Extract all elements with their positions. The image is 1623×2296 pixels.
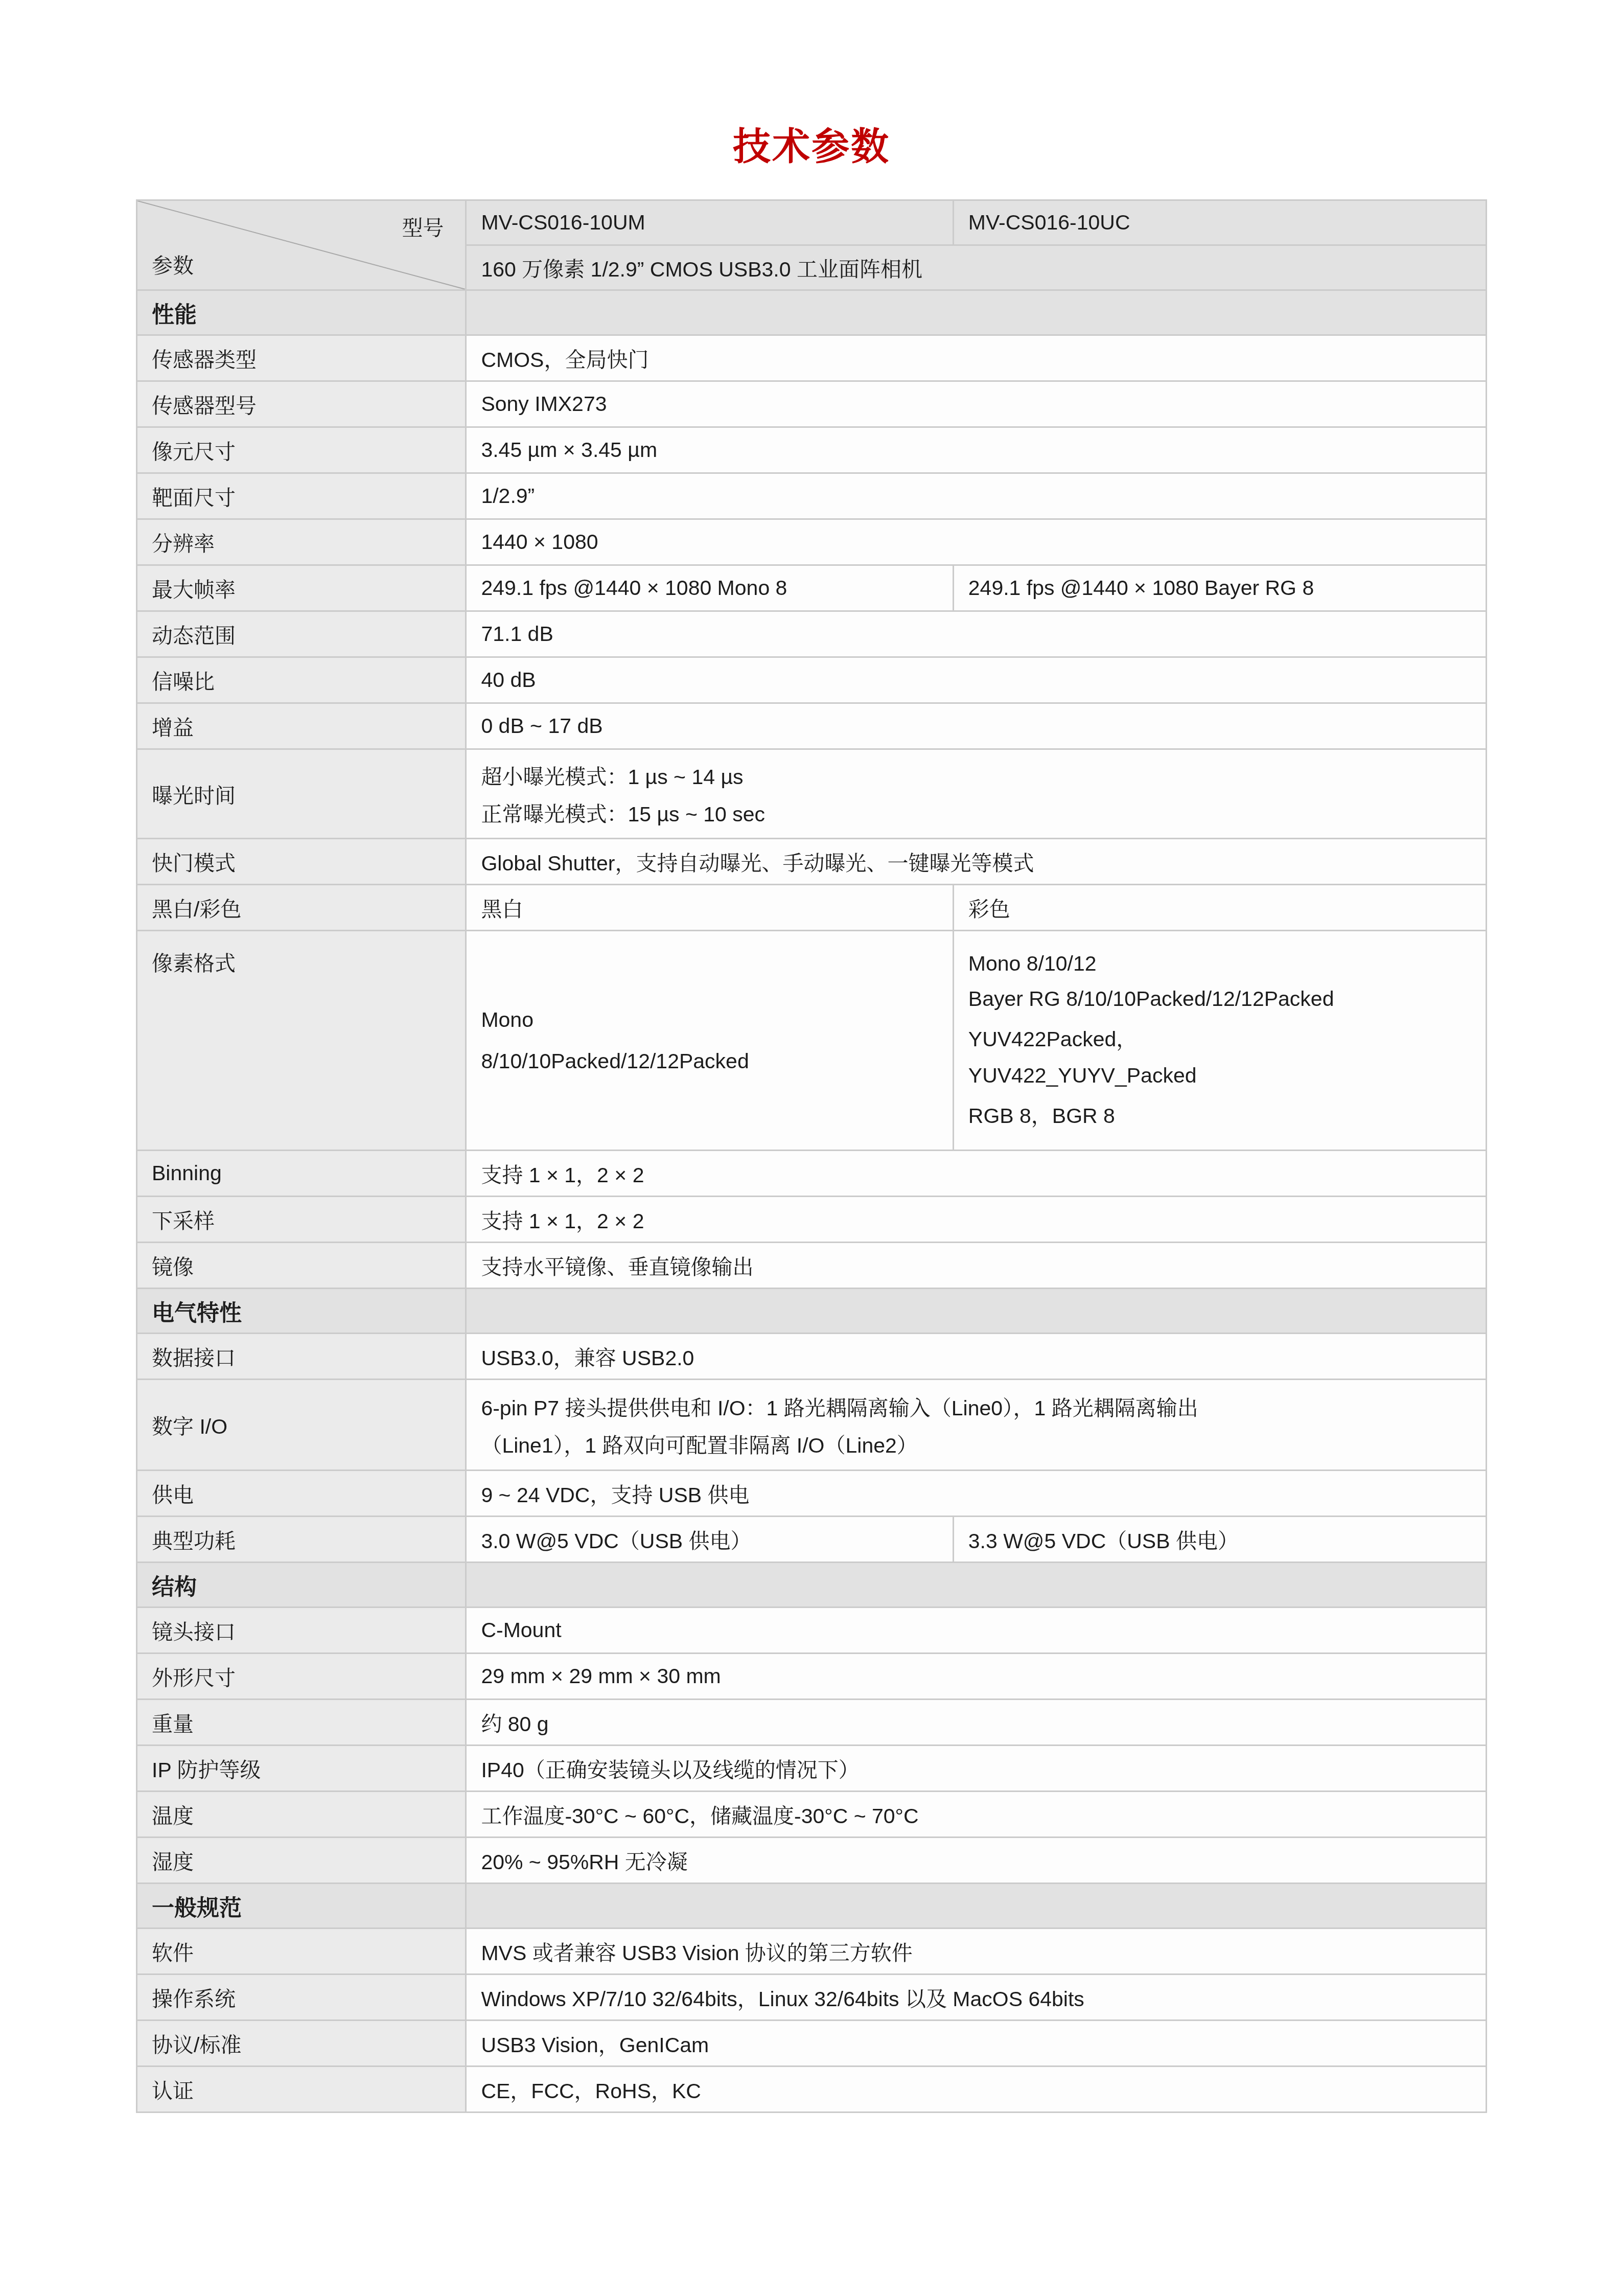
row-value-right: 249.1 fps @1440 × 1080 Bayer RG 8	[953, 565, 1486, 611]
value-line: （Line1），1 路双向可配置非隔离 I/O（Line2）	[481, 1429, 1478, 1459]
row-label: 供电	[137, 1471, 466, 1517]
row-label: 增益	[137, 703, 466, 749]
row-value: IP40（正确安装镜头以及线缆的情况下）	[466, 1746, 1487, 1792]
row-pixel-format: 像素格式 Mono 8/10/10Packed/12/12Packed Mono…	[137, 931, 1487, 1151]
value-line: 正常曝光模式：15 µs ~ 10 sec	[481, 797, 1478, 828]
section-title-filler	[466, 1884, 1487, 1928]
row-dynamic-range: 动态范围 71.1 dB	[137, 611, 1487, 657]
row-sensor-format: 靶面尺寸 1/2.9”	[137, 473, 1487, 519]
row-value-left: 3.0 W@5 VDC（USB 供电）	[466, 1517, 953, 1563]
row-label: 分辨率	[137, 519, 466, 565]
section-row-general: 一般规范	[137, 1884, 1487, 1928]
row-value-right: Mono 8/10/12 Bayer RG 8/10/10Packed/12/1…	[953, 931, 1486, 1151]
row-label: IP 防护等级	[137, 1746, 466, 1792]
row-value: 40 dB	[466, 657, 1487, 703]
row-digital-io: 数字 I/O 6-pin P7 接头提供供电和 I/O：1 路光耦隔离输入（Li…	[137, 1380, 1487, 1471]
row-label: Binning	[137, 1151, 466, 1197]
row-label: 曝光时间	[137, 749, 466, 839]
row-value: 6-pin P7 接头提供供电和 I/O：1 路光耦隔离输入（Line0），1 …	[466, 1380, 1487, 1471]
row-value: 工作温度-30°C ~ 60°C，储藏温度-30°C ~ 70°C	[466, 1792, 1487, 1838]
section-row-performance: 性能	[137, 290, 1487, 335]
section-row-structure: 结构	[137, 1563, 1487, 1608]
row-data-interface: 数据接口 USB3.0，兼容 USB2.0	[137, 1334, 1487, 1380]
row-value: 超小曝光模式：1 µs ~ 14 µs 正常曝光模式：15 µs ~ 10 se…	[466, 749, 1487, 839]
row-pixel-size: 像元尺寸 3.45 µm × 3.45 µm	[137, 427, 1487, 473]
row-value: Global Shutter，支持自动曝光、手动曝光、一键曝光等模式	[466, 839, 1487, 885]
row-label: 信噪比	[137, 657, 466, 703]
param-summary: 160 万像素 1/2.9” CMOS USB3.0 工业面阵相机	[466, 245, 1487, 290]
section-title-filler	[466, 1289, 1487, 1334]
row-label: 靶面尺寸	[137, 473, 466, 519]
row-label: 动态范围	[137, 611, 466, 657]
row-value: Sony IMX273	[466, 381, 1487, 427]
section-title: 一般规范	[137, 1884, 466, 1928]
row-value: MVS 或者兼容 USB3 Vision 协议的第三方软件	[466, 1928, 1487, 1974]
page-title: 技术参数	[0, 0, 1623, 199]
row-value: 支持水平镜像、垂直镜像输出	[466, 1243, 1487, 1289]
section-title: 性能	[137, 290, 466, 335]
row-dimensions: 外形尺寸 29 mm × 29 mm × 30 mm	[137, 1654, 1487, 1700]
row-label: 镜头接口	[137, 1608, 466, 1654]
spec-table: 型号 参数 MV-CS016-10UM MV-CS016-10UC 160 万像…	[136, 199, 1487, 2113]
row-exposure-time: 曝光时间 超小曝光模式：1 µs ~ 14 µs 正常曝光模式：15 µs ~ …	[137, 749, 1487, 839]
row-label: 像元尺寸	[137, 427, 466, 473]
row-label: 温度	[137, 1792, 466, 1838]
row-snr: 信噪比 40 dB	[137, 657, 1487, 703]
row-value-right: 彩色	[953, 885, 1486, 931]
value-line: 8/10/10Packed/12/12Packed	[481, 1049, 945, 1073]
row-label: 协议/标准	[137, 2021, 466, 2067]
row-gain: 增益 0 dB ~ 17 dB	[137, 703, 1487, 749]
table-row: 型号 参数 MV-CS016-10UM MV-CS016-10UC	[137, 200, 1487, 245]
row-value: 20% ~ 95%RH 无冷凝	[466, 1838, 1487, 1884]
row-temperature: 温度 工作温度-30°C ~ 60°C，储藏温度-30°C ~ 70°C	[137, 1792, 1487, 1838]
row-label: 像素格式	[137, 931, 466, 1151]
value-line: Mono	[481, 1008, 945, 1032]
section-title-filler	[466, 290, 1487, 335]
row-value-left: 黑白	[466, 885, 953, 931]
section-row-electrical: 电气特性	[137, 1289, 1487, 1334]
row-ip-rating: IP 防护等级 IP40（正确安装镜头以及线缆的情况下）	[137, 1746, 1487, 1792]
row-value: C-Mount	[466, 1608, 1487, 1654]
row-resolution: 分辨率 1440 × 1080	[137, 519, 1487, 565]
row-humidity: 湿度 20% ~ 95%RH 无冷凝	[137, 1838, 1487, 1884]
value-line: YUV422_YUYV_Packed	[968, 1064, 1478, 1088]
row-binning: Binning 支持 1 × 1，2 × 2	[137, 1151, 1487, 1197]
row-certification: 认证 CE，FCC，RoHS，KC	[137, 2067, 1487, 2113]
row-value: 9 ~ 24 VDC，支持 USB 供电	[466, 1471, 1487, 1517]
row-protocol: 协议/标准 USB3 Vision，GenICam	[137, 2021, 1487, 2067]
row-value: CE，FCC，RoHS，KC	[466, 2067, 1487, 2113]
row-lens-mount: 镜头接口 C-Mount	[137, 1608, 1487, 1654]
row-value-left: Mono 8/10/10Packed/12/12Packed	[466, 931, 953, 1151]
row-label: 典型功耗	[137, 1517, 466, 1563]
corner-bottom-label: 参数	[152, 249, 194, 279]
section-title: 结构	[137, 1563, 466, 1608]
value-line: Bayer RG 8/10/10Packed/12/12Packed	[968, 987, 1478, 1011]
row-decimation: 下采样 支持 1 × 1，2 × 2	[137, 1197, 1487, 1243]
corner-cell: 型号 参数	[137, 200, 466, 290]
row-shutter-mode: 快门模式 Global Shutter，支持自动曝光、手动曝光、一键曝光等模式	[137, 839, 1487, 885]
row-value: 3.45 µm × 3.45 µm	[466, 427, 1487, 473]
corner-top-label: 型号	[402, 211, 444, 241]
row-label: 软件	[137, 1928, 466, 1974]
row-value: USB3 Vision，GenICam	[466, 2021, 1487, 2067]
row-sensor-model: 传感器型号 Sony IMX273	[137, 381, 1487, 427]
row-value: 支持 1 × 1，2 × 2	[466, 1151, 1487, 1197]
row-value: Windows XP/7/10 32/64bits，Linux 32/64bit…	[466, 1974, 1487, 2021]
row-label: 传感器类型	[137, 335, 466, 381]
value-line: Mono 8/10/12	[968, 952, 1478, 976]
value-line: 超小曝光模式：1 µs ~ 14 µs	[481, 760, 1478, 790]
row-label: 数据接口	[137, 1334, 466, 1380]
section-title: 电气特性	[137, 1289, 466, 1334]
row-mirror: 镜像 支持水平镜像、垂直镜像输出	[137, 1243, 1487, 1289]
row-value-left: 249.1 fps @1440 × 1080 Mono 8	[466, 565, 953, 611]
model-name-right: MV-CS016-10UC	[953, 200, 1486, 245]
row-value: CMOS，全局快门	[466, 335, 1487, 381]
row-value: 29 mm × 29 mm × 30 mm	[466, 1654, 1487, 1700]
row-power-supply: 供电 9 ~ 24 VDC，支持 USB 供电	[137, 1471, 1487, 1517]
row-label: 外形尺寸	[137, 1654, 466, 1700]
row-value: 1440 × 1080	[466, 519, 1487, 565]
row-mono-color: 黑白/彩色 黑白 彩色	[137, 885, 1487, 931]
row-value: 约 80 g	[466, 1700, 1487, 1746]
row-value: 1/2.9”	[466, 473, 1487, 519]
row-software: 软件 MVS 或者兼容 USB3 Vision 协议的第三方软件	[137, 1928, 1487, 1974]
row-label: 快门模式	[137, 839, 466, 885]
row-label: 下采样	[137, 1197, 466, 1243]
row-label: 操作系统	[137, 1974, 466, 2021]
row-value: USB3.0，兼容 USB2.0	[466, 1334, 1487, 1380]
row-weight: 重量 约 80 g	[137, 1700, 1487, 1746]
row-sensor-type: 传感器类型 CMOS，全局快门	[137, 335, 1487, 381]
row-value: 71.1 dB	[466, 611, 1487, 657]
section-title-filler	[466, 1563, 1487, 1608]
row-label: 镜像	[137, 1243, 466, 1289]
row-label: 传感器型号	[137, 381, 466, 427]
model-name-left: MV-CS016-10UM	[466, 200, 953, 245]
value-line: YUV422Packed，	[968, 1022, 1478, 1052]
row-value-right: 3.3 W@5 VDC（USB 供电）	[953, 1517, 1486, 1563]
value-line: RGB 8，BGR 8	[968, 1099, 1478, 1129]
row-label: 重量	[137, 1700, 466, 1746]
row-label: 湿度	[137, 1838, 466, 1884]
row-os: 操作系统 Windows XP/7/10 32/64bits，Linux 32/…	[137, 1974, 1487, 2021]
row-label: 黑白/彩色	[137, 885, 466, 931]
row-value: 支持 1 × 1，2 × 2	[466, 1197, 1487, 1243]
row-value: 0 dB ~ 17 dB	[466, 703, 1487, 749]
row-label: 认证	[137, 2067, 466, 2113]
row-label: 数字 I/O	[137, 1380, 466, 1471]
row-label: 最大帧率	[137, 565, 466, 611]
row-max-framerate: 最大帧率 249.1 fps @1440 × 1080 Mono 8 249.1…	[137, 565, 1487, 611]
row-power-consumption: 典型功耗 3.0 W@5 VDC（USB 供电） 3.3 W@5 VDC（USB…	[137, 1517, 1487, 1563]
value-line: 6-pin P7 接头提供供电和 I/O：1 路光耦隔离输入（Line0），1 …	[481, 1391, 1478, 1421]
